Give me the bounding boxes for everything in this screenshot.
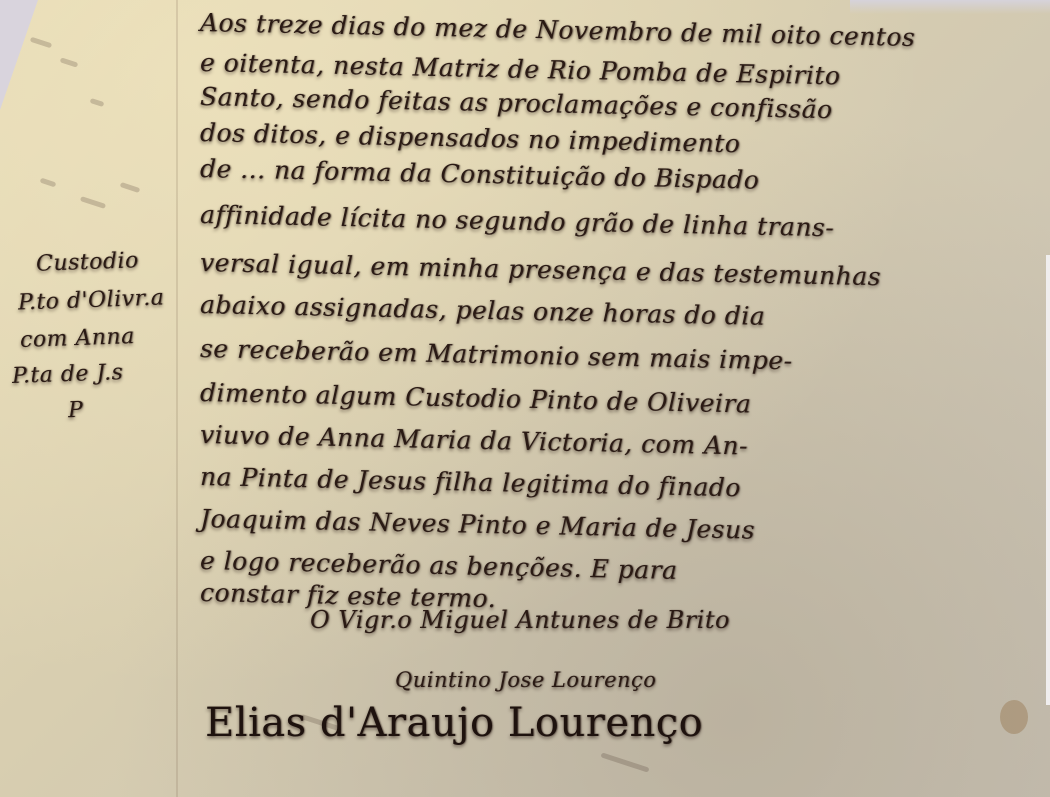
text-line: na Pinta de Jesus filha legitima do fina… <box>200 462 741 502</box>
background-corner <box>0 0 38 110</box>
ink-bleed <box>90 98 105 107</box>
signature-witness-2: Elias d'Araujo Lourenço <box>205 700 703 746</box>
text-line: versal igual, em minha presença e das te… <box>200 248 882 291</box>
margin-line: P.to d'Olivr.a <box>18 285 165 315</box>
ink-bleed <box>80 196 106 209</box>
text-line: de ... na forma da Constituição do Bispa… <box>200 154 760 195</box>
margin-rule <box>176 0 178 797</box>
page-edge <box>1046 255 1050 705</box>
ink-bleed <box>120 182 141 193</box>
text-line: Aos treze dias do mez de Novembro de mil… <box>200 8 916 52</box>
manuscript-page: Custodio P.to d'Olivr.a com Anna P.ta de… <box>0 0 1050 797</box>
stain <box>1000 700 1028 734</box>
text-line: se receberão em Matrimonio sem mais impe… <box>200 334 793 375</box>
ink-bleed <box>600 752 649 772</box>
text-line: viuvo de Anna Maria da Victoria, com An- <box>200 420 749 460</box>
signature-witness-1: Quintino Jose Lourenço <box>395 668 656 692</box>
text-line: affinidade lícita no segundo grão de lin… <box>200 200 835 242</box>
background-edge <box>850 0 1050 14</box>
signature-vigar: O Vigr.o Miguel Antunes de Brito <box>310 606 730 634</box>
margin-line: com Anna <box>20 324 136 353</box>
text-line: Santo, sendo feitas as proclamações e co… <box>200 82 833 124</box>
ink-bleed <box>40 178 57 188</box>
margin-line: P <box>68 398 84 424</box>
text-line: dimento algum Custodio Pinto de Oliveira <box>200 378 752 419</box>
text-line: dos ditos, e dispensados no impedimento <box>200 118 741 158</box>
text-line: Joaquim das Neves Pinto e Maria de Jesus <box>200 504 756 545</box>
ink-bleed <box>60 57 79 67</box>
margin-line: P.ta de J.s <box>12 360 124 389</box>
text-line: abaixo assignadas, pelas onze horas do d… <box>200 290 766 331</box>
margin-line: Custodio <box>36 248 140 277</box>
